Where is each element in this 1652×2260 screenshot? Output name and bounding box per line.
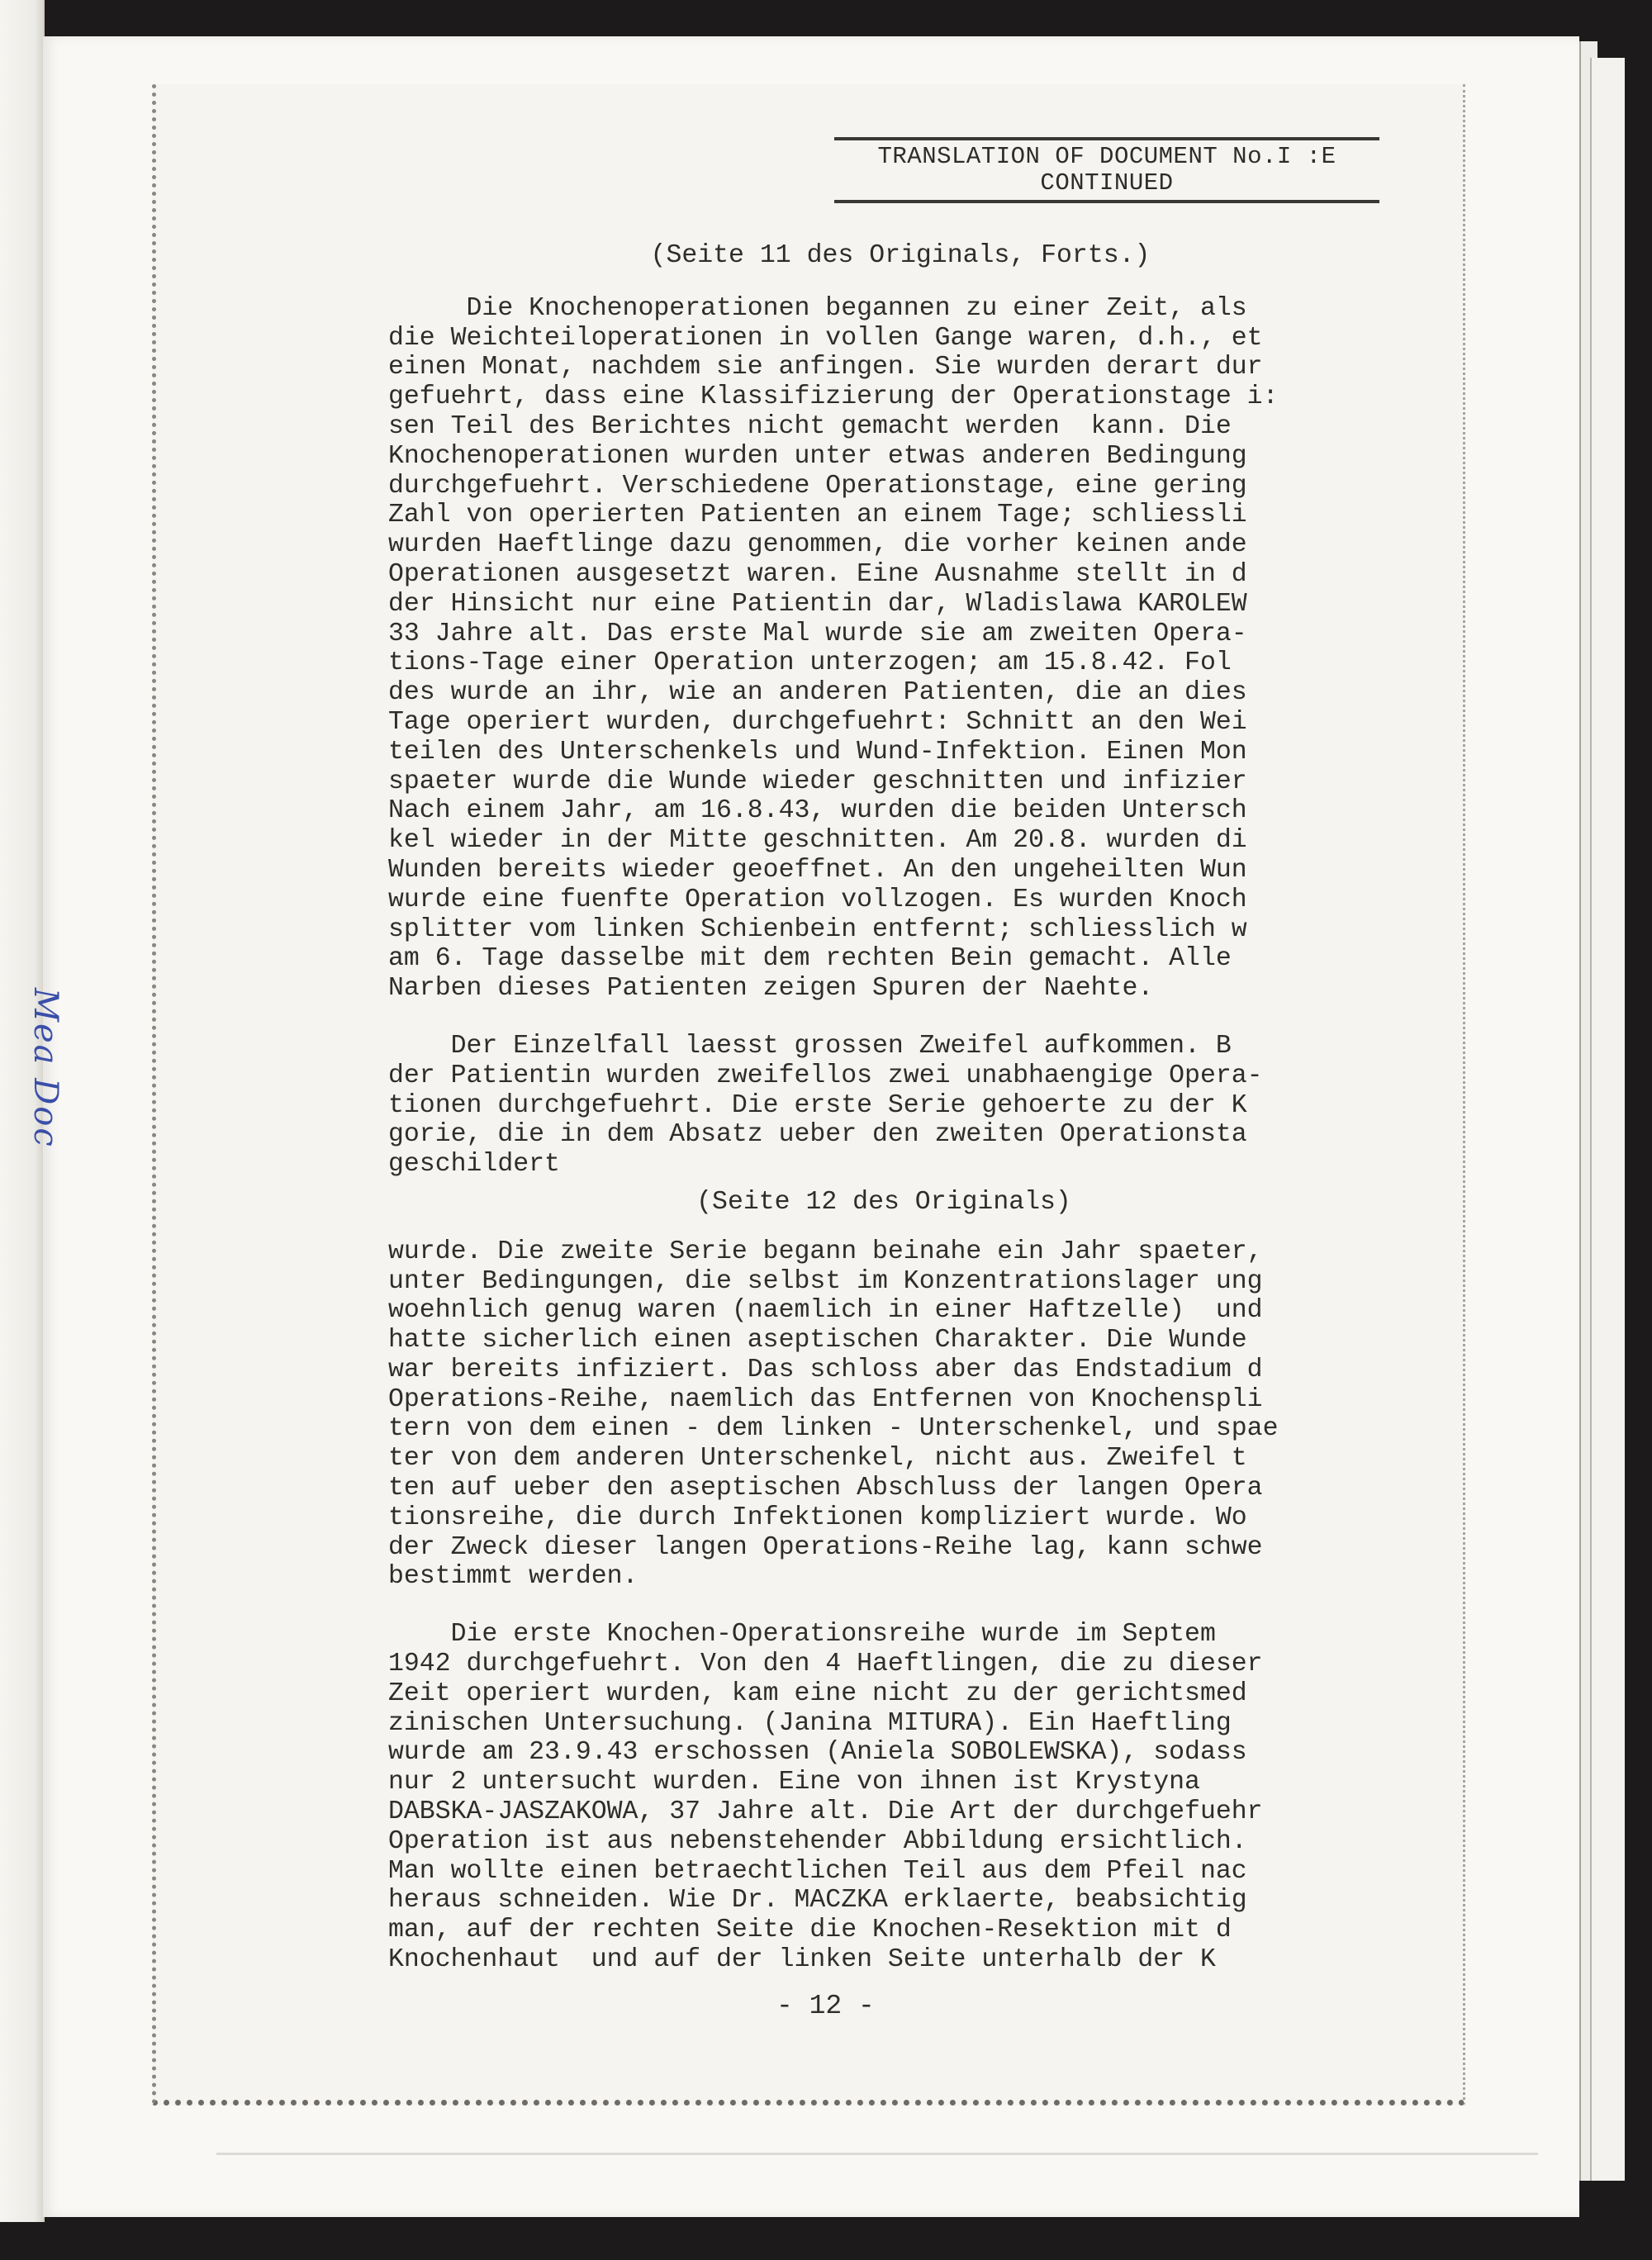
text-line: der Hinsicht nur eine Patientin dar, Wla… (388, 590, 1379, 620)
text-line: Knochenhaut und auf der linken Seite unt… (388, 1945, 1379, 1975)
text-line: woehnlich genug waren (naemlich in einer… (388, 1296, 1379, 1326)
text-line: Zahl von operierten Patienten an einem T… (388, 501, 1379, 530)
text-line: tions-Tage einer Operation unterzogen; a… (388, 648, 1379, 678)
text-line: Der Einzelfall laesst grossen Zweifel au… (388, 1032, 1379, 1061)
text-line: splitter vom linken Schienbein entfernt;… (388, 915, 1379, 945)
text-line: tionen durchgefuehrt. Die erste Serie ge… (388, 1091, 1379, 1121)
text-line: des wurde an ihr, wie an anderen Patient… (388, 678, 1379, 708)
text-line: gorie, die in dem Absatz ueber den zweit… (388, 1120, 1379, 1150)
text-line: ter von dem anderen Unterschenkel, nicht… (388, 1444, 1379, 1474)
text-line: der Zweck dieser langen Operations-Reihe… (388, 1533, 1379, 1563)
text-line: tern von dem einen - dem linken - Unters… (388, 1414, 1379, 1444)
text-line: der Patientin wurden zweifellos zwei una… (388, 1061, 1379, 1091)
text-line: am 6. Tage dasselbe mit dem rechten Bein… (388, 944, 1379, 974)
document-body: (Seite 11 des Originals, Forts.) Die Kno… (388, 241, 1379, 2003)
header-rule-bottom (834, 200, 1379, 203)
text-line: Zeit operiert wurden, kam eine nicht zu … (388, 1679, 1379, 1709)
text-line: heraus schneiden. Wie Dr. MACZKA erklaer… (388, 1886, 1379, 1916)
text-line: Man wollte einen betraechtlichen Teil au… (388, 1857, 1379, 1887)
text-line: man, auf der rechten Seite die Knochen-R… (388, 1916, 1379, 1945)
text-line: sen Teil des Berichtes nicht gemacht wer… (388, 412, 1379, 442)
paragraph: wurde. Die zweite Serie begann beinahe e… (388, 1237, 1379, 1593)
text-line: Operation ist aus nebenstehender Abbildu… (388, 1827, 1379, 1857)
section-heading: (Seite 11 des Originals, Forts.) (421, 241, 1379, 271)
text-line: DABSKA-JASZAKOWA, 37 Jahre alt. Die Art … (388, 1797, 1379, 1827)
handwritten-margin-note: Mea Doc (26, 988, 64, 1148)
section-heading: (Seite 12 des Originals) (388, 1188, 1379, 1218)
text-line: Die Knochenoperationen begannen zu einer… (388, 294, 1379, 324)
text-line: Knochenoperationen wurden unter etwas an… (388, 442, 1379, 472)
text-line: nur 2 untersucht wurden. Eine von ihnen … (388, 1768, 1379, 1797)
text-line: Operations-Reihe, naemlich das Entfernen… (388, 1385, 1379, 1415)
header-rule-top (834, 137, 1379, 140)
text-line: hatte sicherlich einen aseptischen Chara… (388, 1326, 1379, 1356)
text-line: Narben dieses Patienten zeigen Spuren de… (388, 974, 1379, 1004)
text-line: wurden Haeftlinge dazu genommen, die vor… (388, 530, 1379, 560)
text-line: unter Bedingungen, die selbst im Konzent… (388, 1267, 1379, 1297)
text-line: die Weichteiloperationen in vollen Gange… (388, 324, 1379, 354)
text-line: teilen des Unterschenkels und Wund-Infek… (388, 738, 1379, 767)
text-line: bestimmt werden. (388, 1562, 1379, 1592)
text-line: wurde eine fuenfte Operation vollzogen. … (388, 885, 1379, 915)
text-line: spaeter wurde die Wunde wieder geschnitt… (388, 767, 1379, 797)
header-title: TRANSLATION OF DOCUMENT No.I :E (834, 144, 1379, 170)
text-line: wurde am 23.9.43 erschossen (Aniela SOBO… (388, 1738, 1379, 1768)
header-subtitle: CONTINUED (834, 170, 1379, 197)
page-number: - 12 - (776, 1991, 875, 2021)
text-line: ten auf ueber den aseptischen Abschluss … (388, 1474, 1379, 1503)
document-header: TRANSLATION OF DOCUMENT No.I :E CONTINUE… (834, 137, 1379, 203)
show-through-line (216, 2153, 1538, 2155)
text-line: durchgefuehrt. Verschiedene Operationsta… (388, 472, 1379, 501)
paragraph: Die erste Knochen-Operationsreihe wurde … (388, 1620, 1379, 1975)
text-line: Wunden bereits wieder geoeffnet. An den … (388, 856, 1379, 885)
text-line: zinischen Untersuchung. (Janina MITURA).… (388, 1709, 1379, 1739)
text-line: geschildert (388, 1150, 1379, 1180)
text-line: wurde. Die zweite Serie begann beinahe e… (388, 1237, 1379, 1267)
text-line: kel wieder in der Mitte geschnitten. Am … (388, 826, 1379, 856)
text-line: 1942 durchgefuehrt. Von den 4 Haeftlinge… (388, 1650, 1379, 1679)
text-line: einen Monat, nachdem sie anfingen. Sie w… (388, 353, 1379, 382)
text-line: 33 Jahre alt. Das erste Mal wurde sie am… (388, 620, 1379, 649)
text-line: Die erste Knochen-Operationsreihe wurde … (388, 1620, 1379, 1650)
text-line: gefuehrt, dass eine Klassifizierung der … (388, 382, 1379, 412)
text-line: tionsreihe, die durch Infektionen kompli… (388, 1503, 1379, 1533)
text-line: Nach einem Jahr, am 16.8.43, wurden die … (388, 796, 1379, 826)
paragraph: Der Einzelfall laesst grossen Zweifel au… (388, 1032, 1379, 1180)
text-line: Tage operiert wurden, durchgefuehrt: Sch… (388, 708, 1379, 738)
text-line: Operationen ausgesetzt waren. Eine Ausna… (388, 560, 1379, 590)
paragraph: Die Knochenoperationen begannen zu einer… (388, 294, 1379, 1004)
underlying-sheet-edge (1590, 58, 1625, 2181)
text-line: war bereits infiziert. Das schloss aber … (388, 1356, 1379, 1385)
